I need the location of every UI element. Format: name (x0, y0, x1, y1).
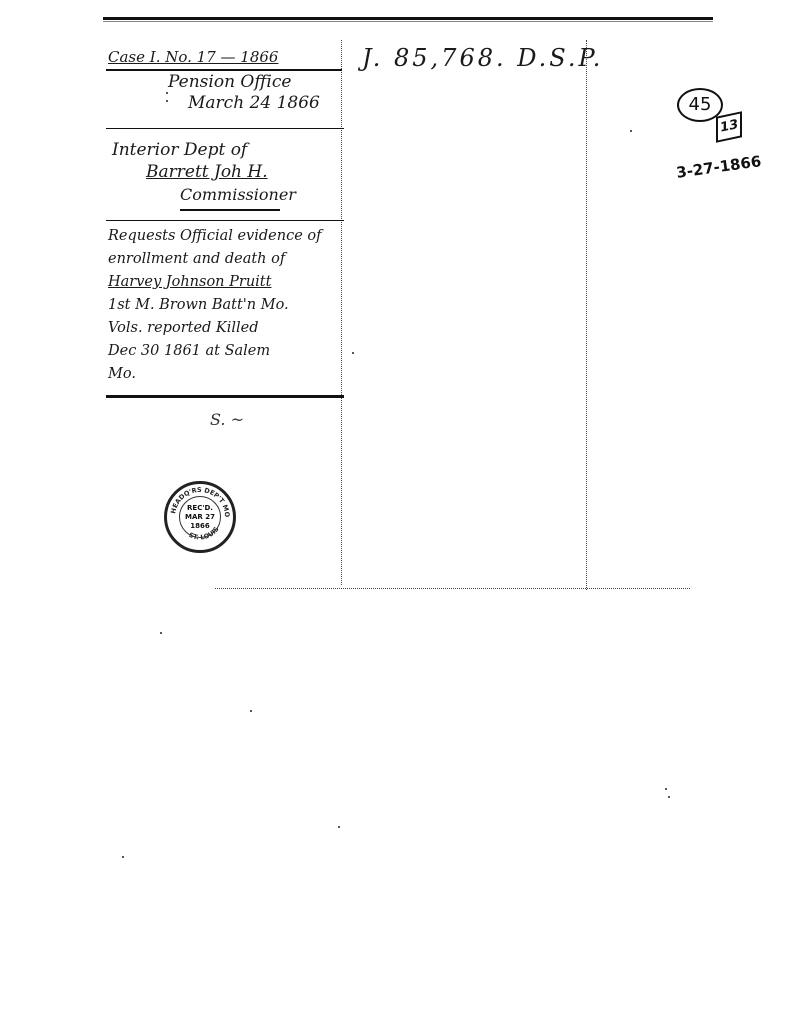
section-divider-1 (106, 128, 344, 129)
scan-speck (352, 352, 354, 354)
stamp-received-label: REC'D. (180, 504, 220, 513)
scan-speck (665, 788, 667, 790)
office-date: March 24 1866 (188, 93, 320, 113)
addressee-name: Barrett Joh H. (146, 162, 268, 182)
boxed-number: 13 (716, 111, 742, 143)
received-stamp: HEADQ'RS DEP'T MO. ST. LOUIS REC'D. MAR … (164, 481, 236, 553)
top-border-rule-thin (103, 21, 713, 22)
body-line-5: Vols. reported Killed (108, 320, 344, 343)
scan-speck (630, 130, 632, 132)
office-name: Pension Office (168, 72, 291, 92)
body-line-1: Requests Official evidence of (108, 228, 344, 251)
ink-dot (166, 92, 168, 94)
header-underline (106, 69, 342, 71)
stamp-date: MAR 27 (180, 513, 220, 522)
file-number: J. 85,768. D.S.P. (362, 44, 603, 72)
department-label: Interior Dept of (112, 140, 247, 160)
scan-speck (250, 710, 252, 712)
body-bottom-rule (106, 395, 344, 398)
title-underline (180, 209, 280, 211)
request-body: Requests Official evidence of enrollment… (108, 228, 344, 389)
addressee-title: Commissioner (180, 185, 296, 204)
initials-mark: S. ~ (210, 410, 244, 429)
body-line-2: enrollment and death of (108, 251, 344, 274)
case-header-line: Case I. No. 17 — 1866 (108, 48, 278, 66)
margin-date-note: 3-27-1866 (675, 152, 762, 182)
stamp-center: REC'D. MAR 27 1866 (179, 496, 221, 538)
scan-speck (338, 826, 340, 828)
top-border-rule (103, 17, 713, 20)
body-line-6: Dec 30 1861 at Salem (108, 343, 344, 366)
ink-dot (166, 100, 168, 102)
right-column-divider (586, 40, 587, 590)
section-divider-2 (106, 220, 344, 221)
body-line-3: Harvey Johnson Pruitt (108, 274, 344, 297)
scan-speck (668, 796, 670, 798)
scan-speck (122, 856, 124, 858)
card-bottom-edge (215, 588, 690, 589)
body-line-4: 1st M. Brown Batt'n Mo. (108, 297, 344, 320)
stamp-year: 1866 (180, 522, 220, 531)
scan-speck (160, 632, 162, 634)
body-line-7: Mo. (108, 366, 344, 389)
